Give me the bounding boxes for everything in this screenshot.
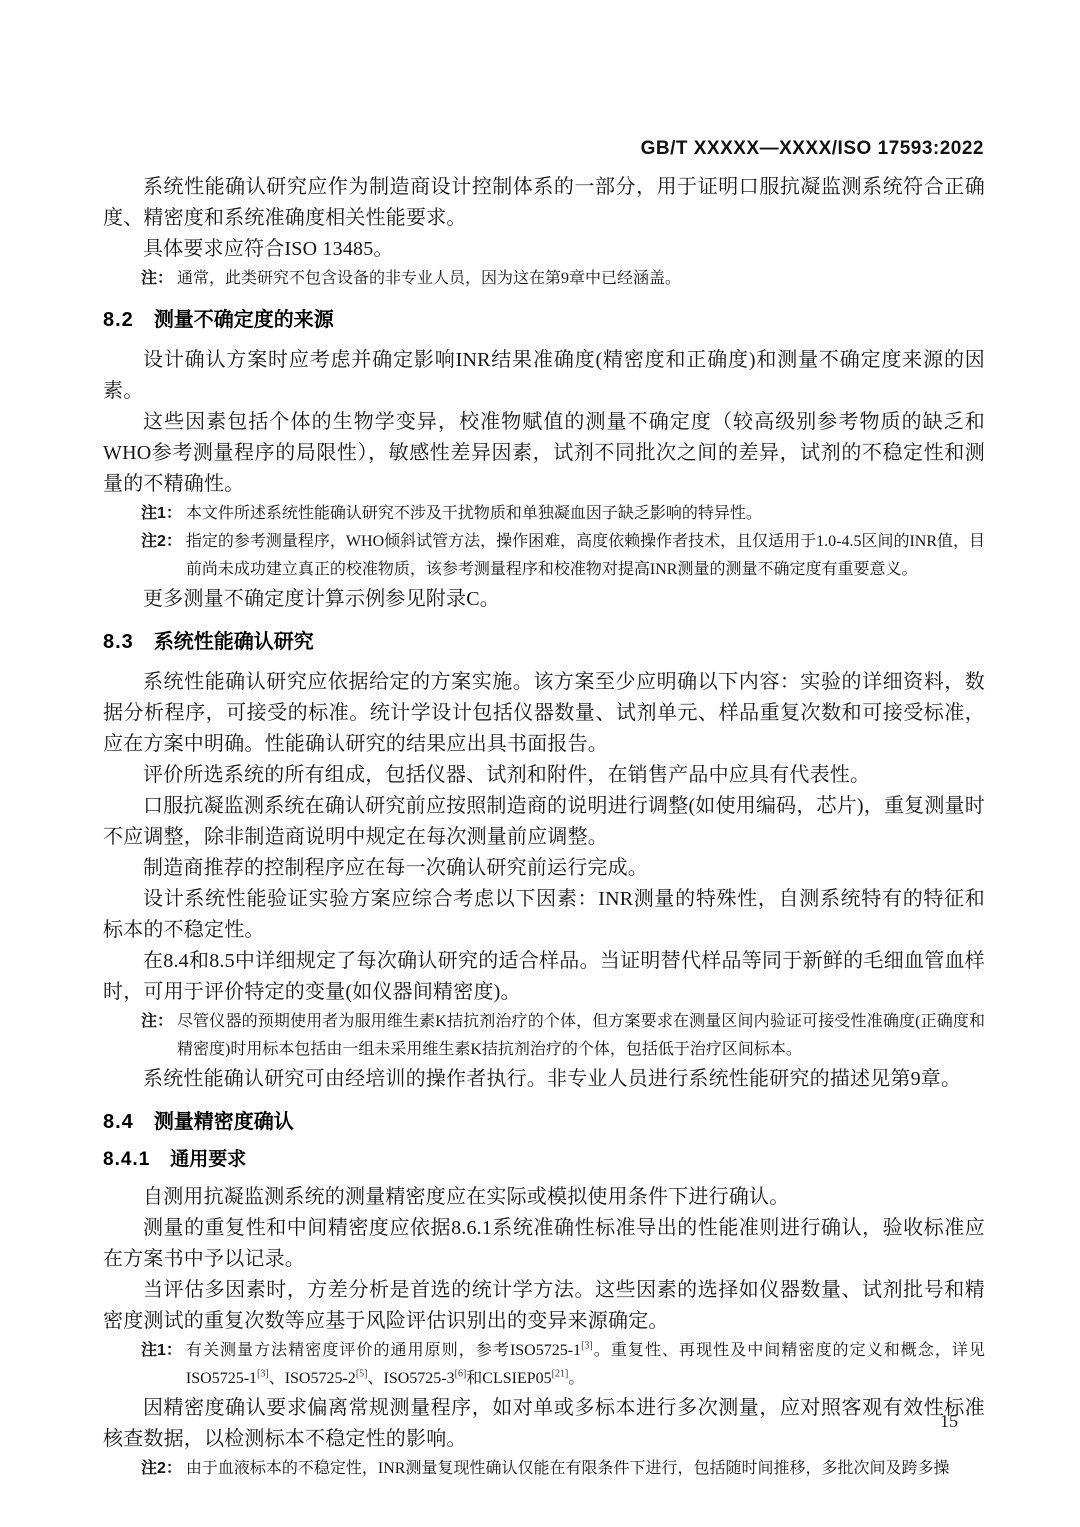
paragraph: 设计确认方案时应考虑并确定影响INR结果准确度(精密度和正确度)和测量不确定度来… <box>103 345 985 407</box>
section-number: 8.2 <box>103 309 134 331</box>
note-label: 注： <box>141 1008 173 1064</box>
note-text: 有关测量方法精密度评价的通用原则，参考ISO5725-1[3]。重复性、再现性及… <box>186 1337 985 1393</box>
paragraph: 因精密度确认要求偏离常规测量程序，如对单或多标本进行多次测量，应对照客观有效性标… <box>103 1393 985 1455</box>
document-page: GB/T XXXXX—XXXX/ISO 17593:2022 系统性能确认研究应… <box>0 0 1080 1527</box>
note: 注：通常，此类研究不包含设备的非专业人员，因为这在第9章中已经涵盖。 <box>141 265 985 293</box>
note-text: 本文件所述系统性能确认研究不涉及干扰物质和单独凝血因子缺乏影响的特异性。 <box>186 500 985 528</box>
paragraph: 更多测量不确定度计算示例参见附录C。 <box>103 584 985 615</box>
paragraph: 口服抗凝监测系统在确认研究前应按照制造商的说明进行调整(如使用编码，芯片)，重复… <box>103 791 985 853</box>
section-title: 通用要求 <box>170 1149 246 1170</box>
section-heading-8.3: 8.3系统性能确认研究 <box>103 629 985 655</box>
section-heading-8.4.1: 8.4.1通用要求 <box>103 1147 985 1172</box>
note-text: 通常，此类研究不包含设备的非专业人员，因为这在第9章中已经涵盖。 <box>177 265 985 293</box>
note: 注2：由于血液标本的不稳定性，INR测量复现性确认仅能在有限条件下进行，包括随时… <box>141 1455 985 1483</box>
note: 注1：有关测量方法精密度评价的通用原则，参考ISO5725-1[3]。重复性、再… <box>141 1337 985 1393</box>
reference-superscript: [21] <box>552 1369 569 1380</box>
document-number-header: GB/T XXXXX—XXXX/ISO 17593:2022 <box>641 138 984 160</box>
reference-superscript: [3] <box>257 1369 269 1380</box>
reference-superscript: [5] <box>356 1369 368 1380</box>
paragraph: 当评估多因素时，方差分析是首选的统计学方法。这些因素的选择如仪器数量、试剂批号和… <box>103 1275 985 1337</box>
reference-superscript: [3] <box>581 1341 593 1352</box>
note: 注2：指定的参考测量程序，WHO倾斜试管方法，操作困难，高度依赖操作者技术，且仅… <box>141 528 985 584</box>
paragraph: 具体要求应符合ISO 13485。 <box>103 234 985 265</box>
note-text: 指定的参考测量程序，WHO倾斜试管方法，操作困难，高度依赖操作者技术，且仅适用于… <box>186 528 985 584</box>
note-label: 注1： <box>141 500 182 528</box>
section-title: 测量不确定度的来源 <box>154 309 334 331</box>
paragraph: 制造商推荐的控制程序应在每一次确认研究前运行完成。 <box>103 853 985 884</box>
paragraph: 测量的重复性和中间精密度应依据8.6.1系统准确性标准导出的性能准则进行确认，验… <box>103 1213 985 1275</box>
note-label: 注： <box>141 265 173 293</box>
note-text: 尽管仪器的预期使用者为服用维生素K拮抗剂治疗的个体，但方案要求在测量区间内验证可… <box>177 1008 985 1064</box>
paragraph: 系统性能确认研究可由经培训的操作者执行。非专业人员进行系统性能研究的描述见第9章… <box>103 1064 985 1095</box>
paragraph: 系统性能确认研究应依据给定的方案实施。该方案至少应明确以下内容：实验的详细资料，… <box>103 667 985 760</box>
note-label: 注2： <box>141 528 182 584</box>
page-number: 15 <box>940 1411 958 1432</box>
note-label: 注1： <box>141 1337 182 1393</box>
section-number: 8.4 <box>103 1111 134 1133</box>
paragraph: 在8.4和8.5中详细规定了每次确认研究的适合样品。当证明替代样品等同于新鲜的毛… <box>103 946 985 1008</box>
paragraph: 评价所选系统的所有组成，包括仪器、试剂和附件，在销售产品中应具有代表性。 <box>103 760 985 791</box>
content: 系统性能确认研究应作为制造商设计控制体系的一部分，用于证明口服抗凝监测系统符合正… <box>103 172 985 1483</box>
paragraph: 系统性能确认研究应作为制造商设计控制体系的一部分，用于证明口服抗凝监测系统符合正… <box>103 172 985 234</box>
paragraph: 这些因素包括个体的生物学变异，校准物赋值的测量不确定度（较高级别参考物质的缺乏和… <box>103 407 985 500</box>
section-heading-8.2: 8.2测量不确定度的来源 <box>103 307 985 333</box>
section-heading-8.4: 8.4测量精密度确认 <box>103 1109 985 1135</box>
note: 注：尽管仪器的预期使用者为服用维生素K拮抗剂治疗的个体，但方案要求在测量区间内验… <box>141 1008 985 1064</box>
section-number: 8.3 <box>103 631 134 653</box>
paragraph: 设计系统性能验证实验方案应综合考虑以下因素：INR测量的特殊性，自测系统特有的特… <box>103 884 985 946</box>
note: 注1：本文件所述系统性能确认研究不涉及干扰物质和单独凝血因子缺乏影响的特异性。 <box>141 500 985 528</box>
reference-superscript: [6] <box>455 1369 467 1380</box>
note-text: 由于血液标本的不稳定性，INR测量复现性确认仅能在有限条件下进行，包括随时间推移… <box>186 1455 985 1483</box>
section-number: 8.4.1 <box>103 1149 150 1170</box>
note-label: 注2： <box>141 1455 182 1483</box>
section-title: 系统性能确认研究 <box>154 631 314 653</box>
section-title: 测量精密度确认 <box>154 1111 294 1133</box>
paragraph: 自测用抗凝监测系统的测量精密度应在实际或模拟使用条件下进行确认。 <box>103 1182 985 1213</box>
